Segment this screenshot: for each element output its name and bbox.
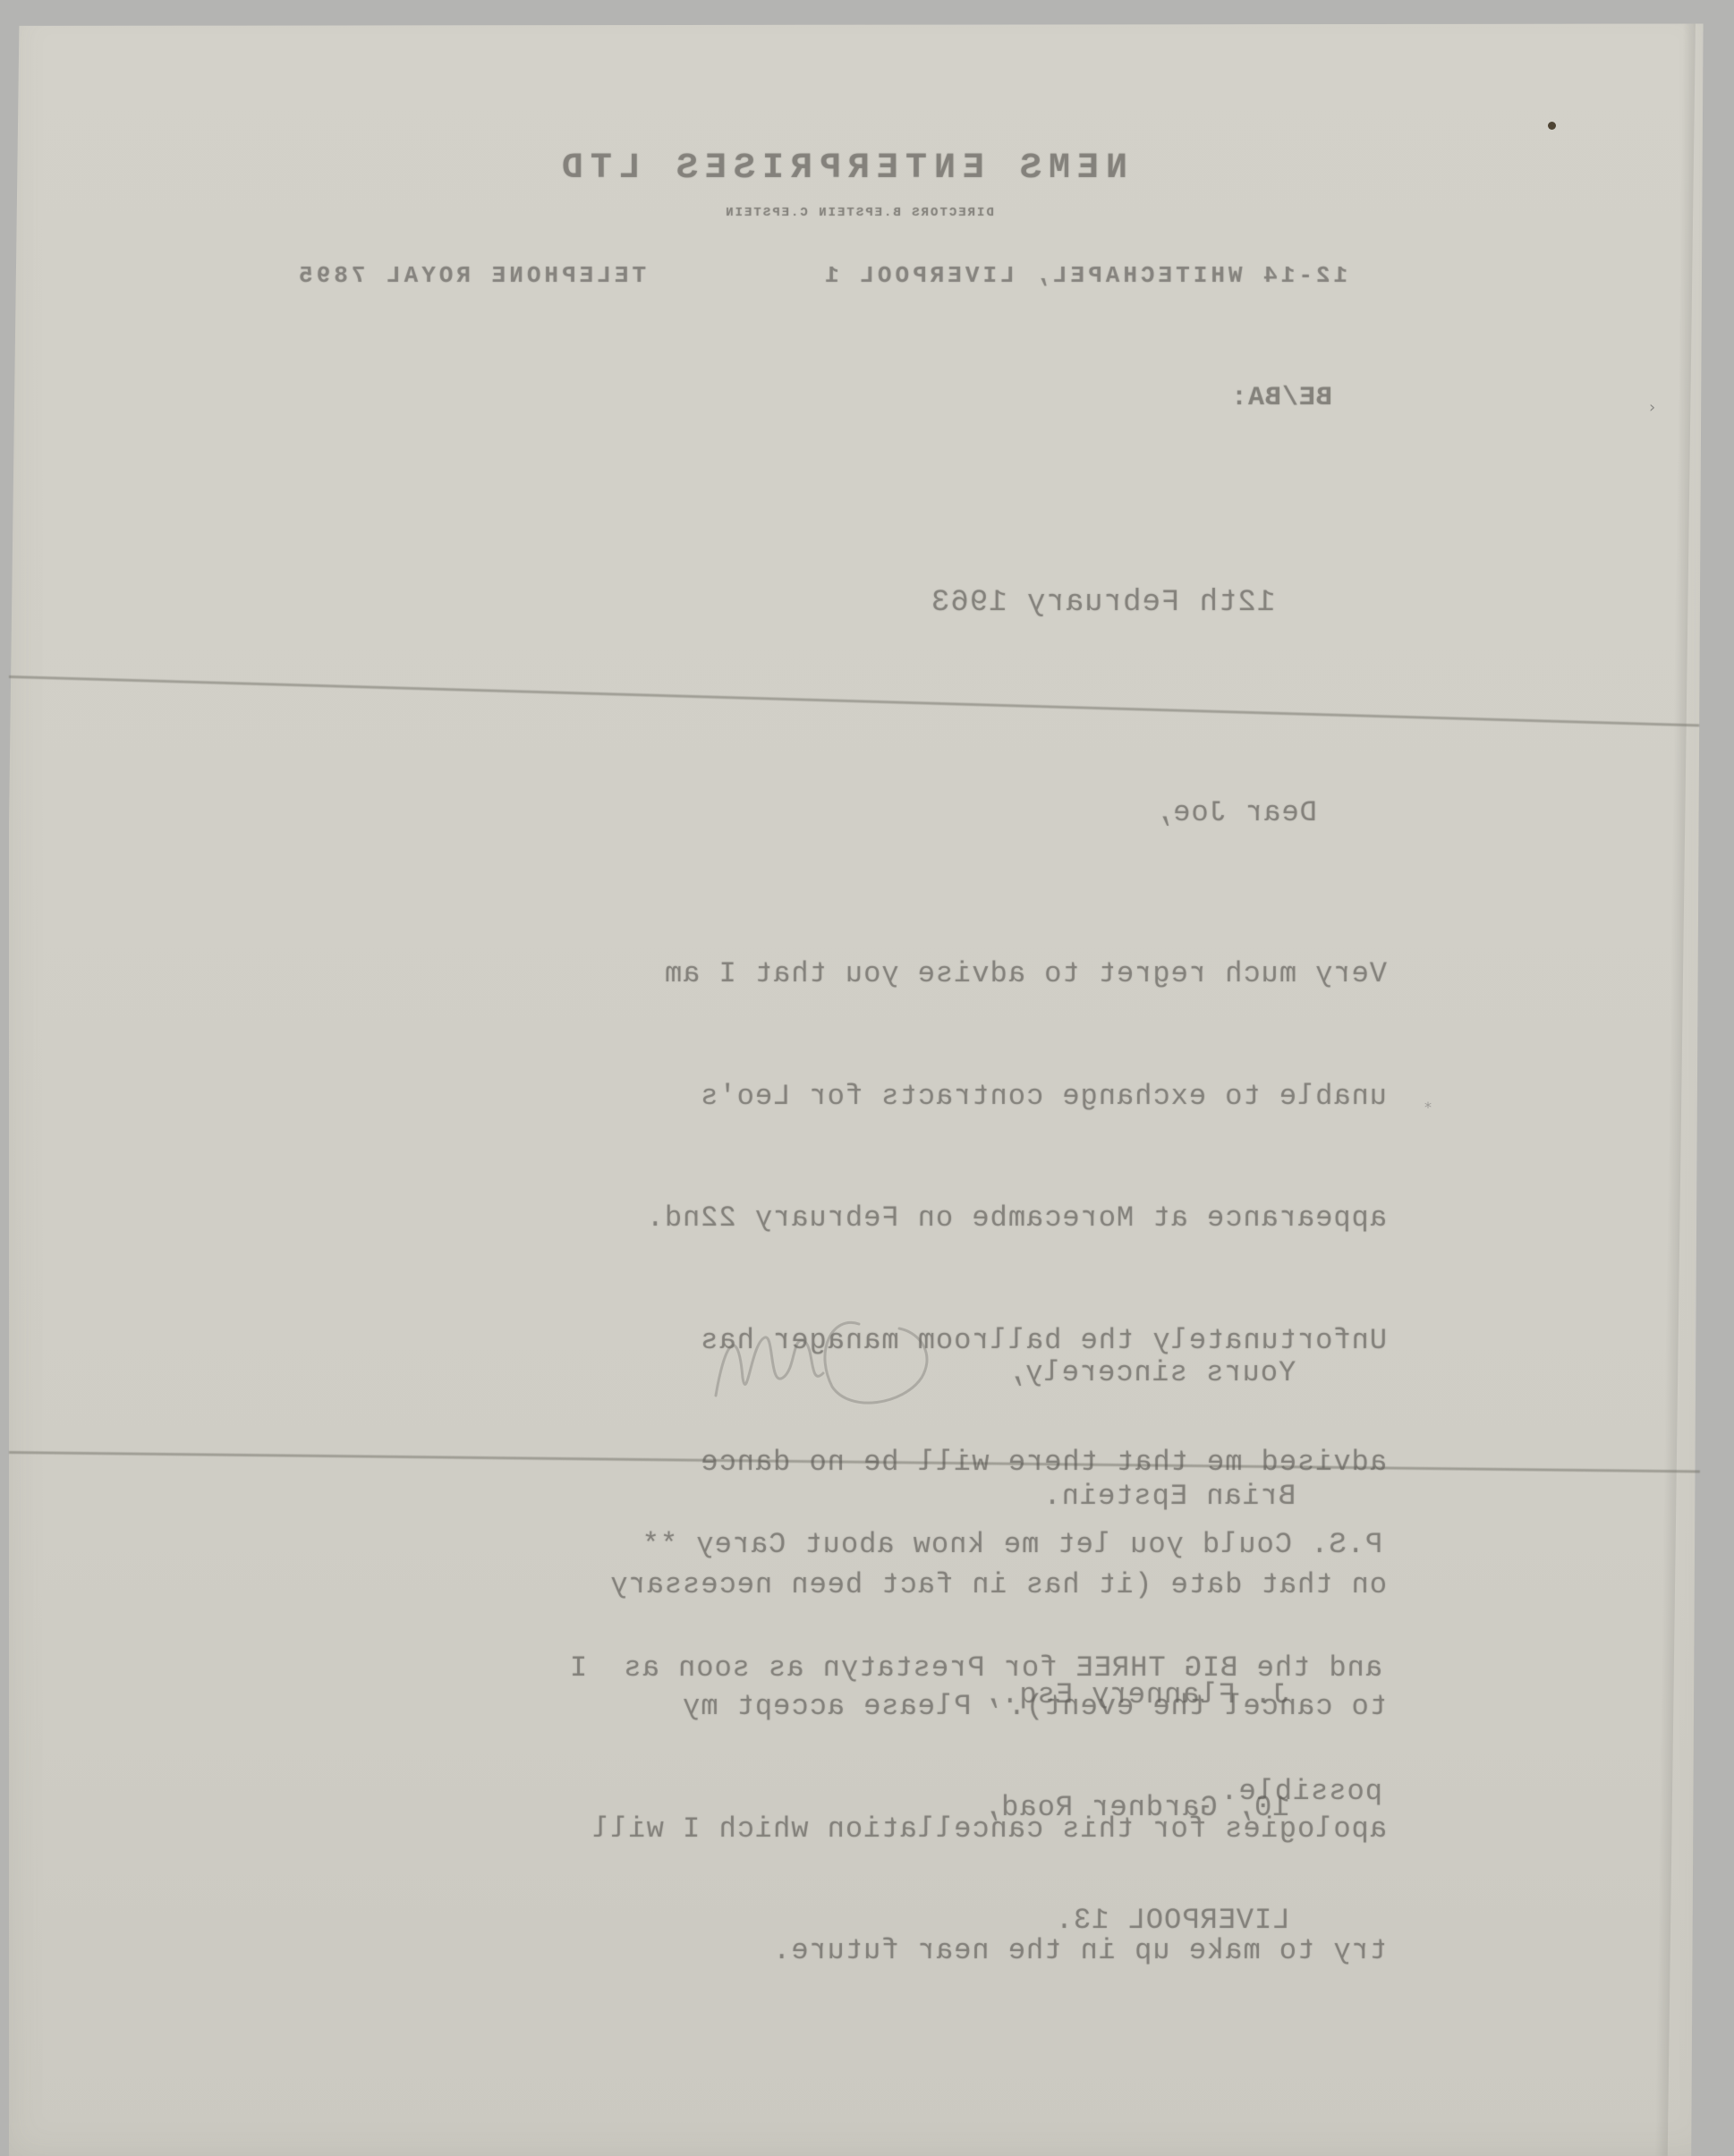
letterhead-company: NEMS ENTERPRISES LTD [573, 149, 1127, 189]
salutation: Dear Joe, [1154, 796, 1317, 829]
body-line: Very much regret to advise you that I am [322, 954, 1387, 995]
addressee-line: J. Flannery Esq., [982, 1676, 1289, 1714]
addressee-line: 10, Gardner Road, [982, 1789, 1289, 1827]
body-line: appearance at Morecambe on February 22nd… [322, 1198, 1387, 1239]
letterhead-directors: DIRECTORS B.EPSTEIN C.EPSTEIN [689, 206, 1029, 220]
ps-line: P.S. Could you let me know about Carey *… [268, 1524, 1382, 1566]
letterhead-address: 12-14 WHITECHAPEL, LIVERPOOL 1 [821, 262, 1347, 289]
pencil-tick-mark: › [1649, 398, 1655, 417]
ink-spot [1548, 122, 1556, 130]
addressee-line: LIVERPOOL 13. [982, 1902, 1289, 1940]
body-line: unable to exchange contracts for Leo's [322, 1076, 1387, 1117]
closing: Yours sincerely, [1007, 1353, 1296, 1394]
letterhead-address-line: 12-14 WHITECHAPEL, LIVERPOOL 1 TELEPHONE… [295, 262, 1347, 289]
pencil-asterisk-mark: * [1424, 1099, 1432, 1116]
addressee-block: J. Flannery Esq., 10, Gardner Road, LIVE… [982, 1601, 1289, 1977]
paper-edge-shadow [1655, 18, 1696, 2156]
reference-code: BE/BA: [1230, 383, 1332, 413]
letter-date: 12th February 1963 [931, 586, 1275, 620]
letterhead-telephone: TELEPHONE ROYAL 7895 [295, 262, 646, 289]
signature-scribble [698, 1288, 1002, 1422]
